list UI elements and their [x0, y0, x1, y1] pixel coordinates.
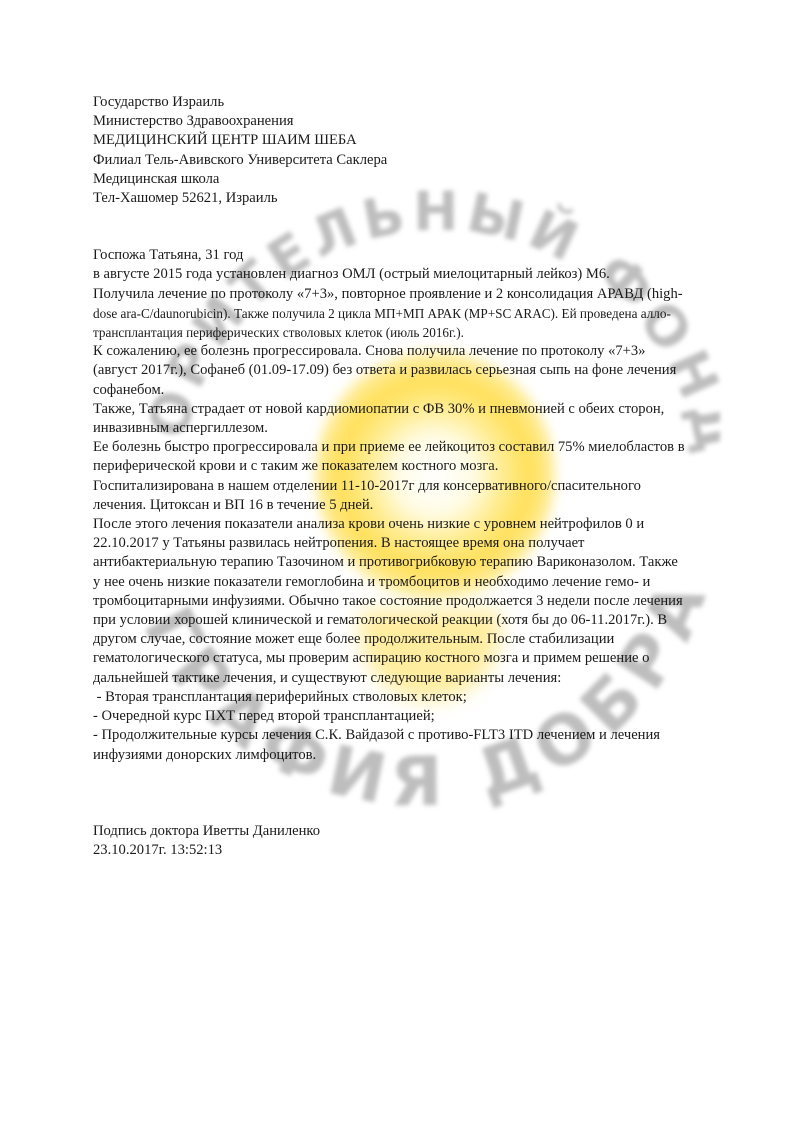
body-line: гематологического статуса, мы проверим а… — [93, 649, 733, 668]
body-line: Получила лечение по протоколу «7+3», пов… — [93, 285, 733, 304]
body-line: dose ara-C/daunorubicin). Также получила… — [93, 304, 733, 323]
treatment-option: - Продолжительные курсы лечения С.К. Вай… — [93, 726, 733, 745]
body-line: После этого лечения показатели анализа к… — [93, 515, 733, 534]
body-line: у нее очень низкие показатели гемоглобин… — [93, 573, 733, 592]
body-line: инвазивным аспергиллезом. — [93, 419, 733, 438]
body-line: дальнейшей тактике лечения, и существуют… — [93, 669, 733, 688]
signature-block: Подпись доктора Иветты Даниленко 23.10.2… — [93, 822, 733, 860]
body-line: трансплантация периферических стволовых … — [93, 323, 733, 342]
patient-line: Госпожа Татьяна, 31 год — [93, 246, 733, 265]
body-line: лечения. Цитоксан и ВП 16 в течение 5 дн… — [93, 496, 733, 515]
body-line: в августе 2015 года установлен диагноз О… — [93, 265, 733, 284]
body-line: другом случае, состояние может еще более… — [93, 630, 733, 649]
body-line: тромбоцитарными инфузиями. Обычно такое … — [93, 592, 733, 611]
body-line: К сожалению, ее болезнь прогрессировала.… — [93, 342, 733, 361]
body-line: инфузиями донорских лимфоцитов. — [93, 746, 733, 765]
letter-content: Государство Израиль Министерство Здравоо… — [93, 93, 733, 860]
spacer — [93, 208, 733, 246]
header-line-country: Государство Израиль — [93, 93, 733, 112]
header-line-ministry: Министерство Здравоохранения — [93, 112, 733, 131]
header-line-address: Тел-Хашомер 52621, Израиль — [93, 189, 733, 208]
body-line: периферической крови и с таким же показа… — [93, 457, 733, 476]
treatment-option: - Очередной курс ПХТ перед второй трансп… — [93, 707, 733, 726]
signature-name: Подпись доктора Иветты Даниленко — [93, 822, 733, 841]
body-line: Госпитализирована в нашем отделении 11-1… — [93, 477, 733, 496]
body-line: при условии хорошей клинической и гемато… — [93, 611, 733, 630]
body-line: антибактериальную терапию Тазочином и пр… — [93, 553, 733, 572]
treatment-option: - Вторая трансплантация периферийных ств… — [93, 688, 733, 707]
medical-summary: Госпожа Татьяна, 31 год в августе 2015 г… — [93, 246, 733, 764]
body-line: Также, Татьяна страдает от новой кардиом… — [93, 400, 733, 419]
header-line-center: МЕДИЦИНСКИЙ ЦЕНТР ШАИМ ШЕБА — [93, 131, 733, 150]
signature-datetime: 23.10.2017г. 13:52:13 — [93, 841, 733, 860]
body-line: 22.10.2017 у Татьяны развилась нейтропен… — [93, 534, 733, 553]
body-line: (август 2017г.), Софанеб (01.09-17.09) б… — [93, 361, 733, 380]
header-line-school: Медицинская школа — [93, 170, 733, 189]
body-line: софанебом. — [93, 381, 733, 400]
header-line-branch: Филиал Тель-Авивского Университета Сакле… — [93, 151, 733, 170]
body-line: Ее болезнь быстро прогрессировала и при … — [93, 438, 733, 457]
spacer — [93, 765, 733, 822]
document-page: ОРИТЕЛЬНЫЙ ФОНД ГРАФИЯ ДОБРА Государство… — [0, 0, 792, 1121]
institution-header: Государство Израиль Министерство Здравоо… — [93, 93, 733, 208]
